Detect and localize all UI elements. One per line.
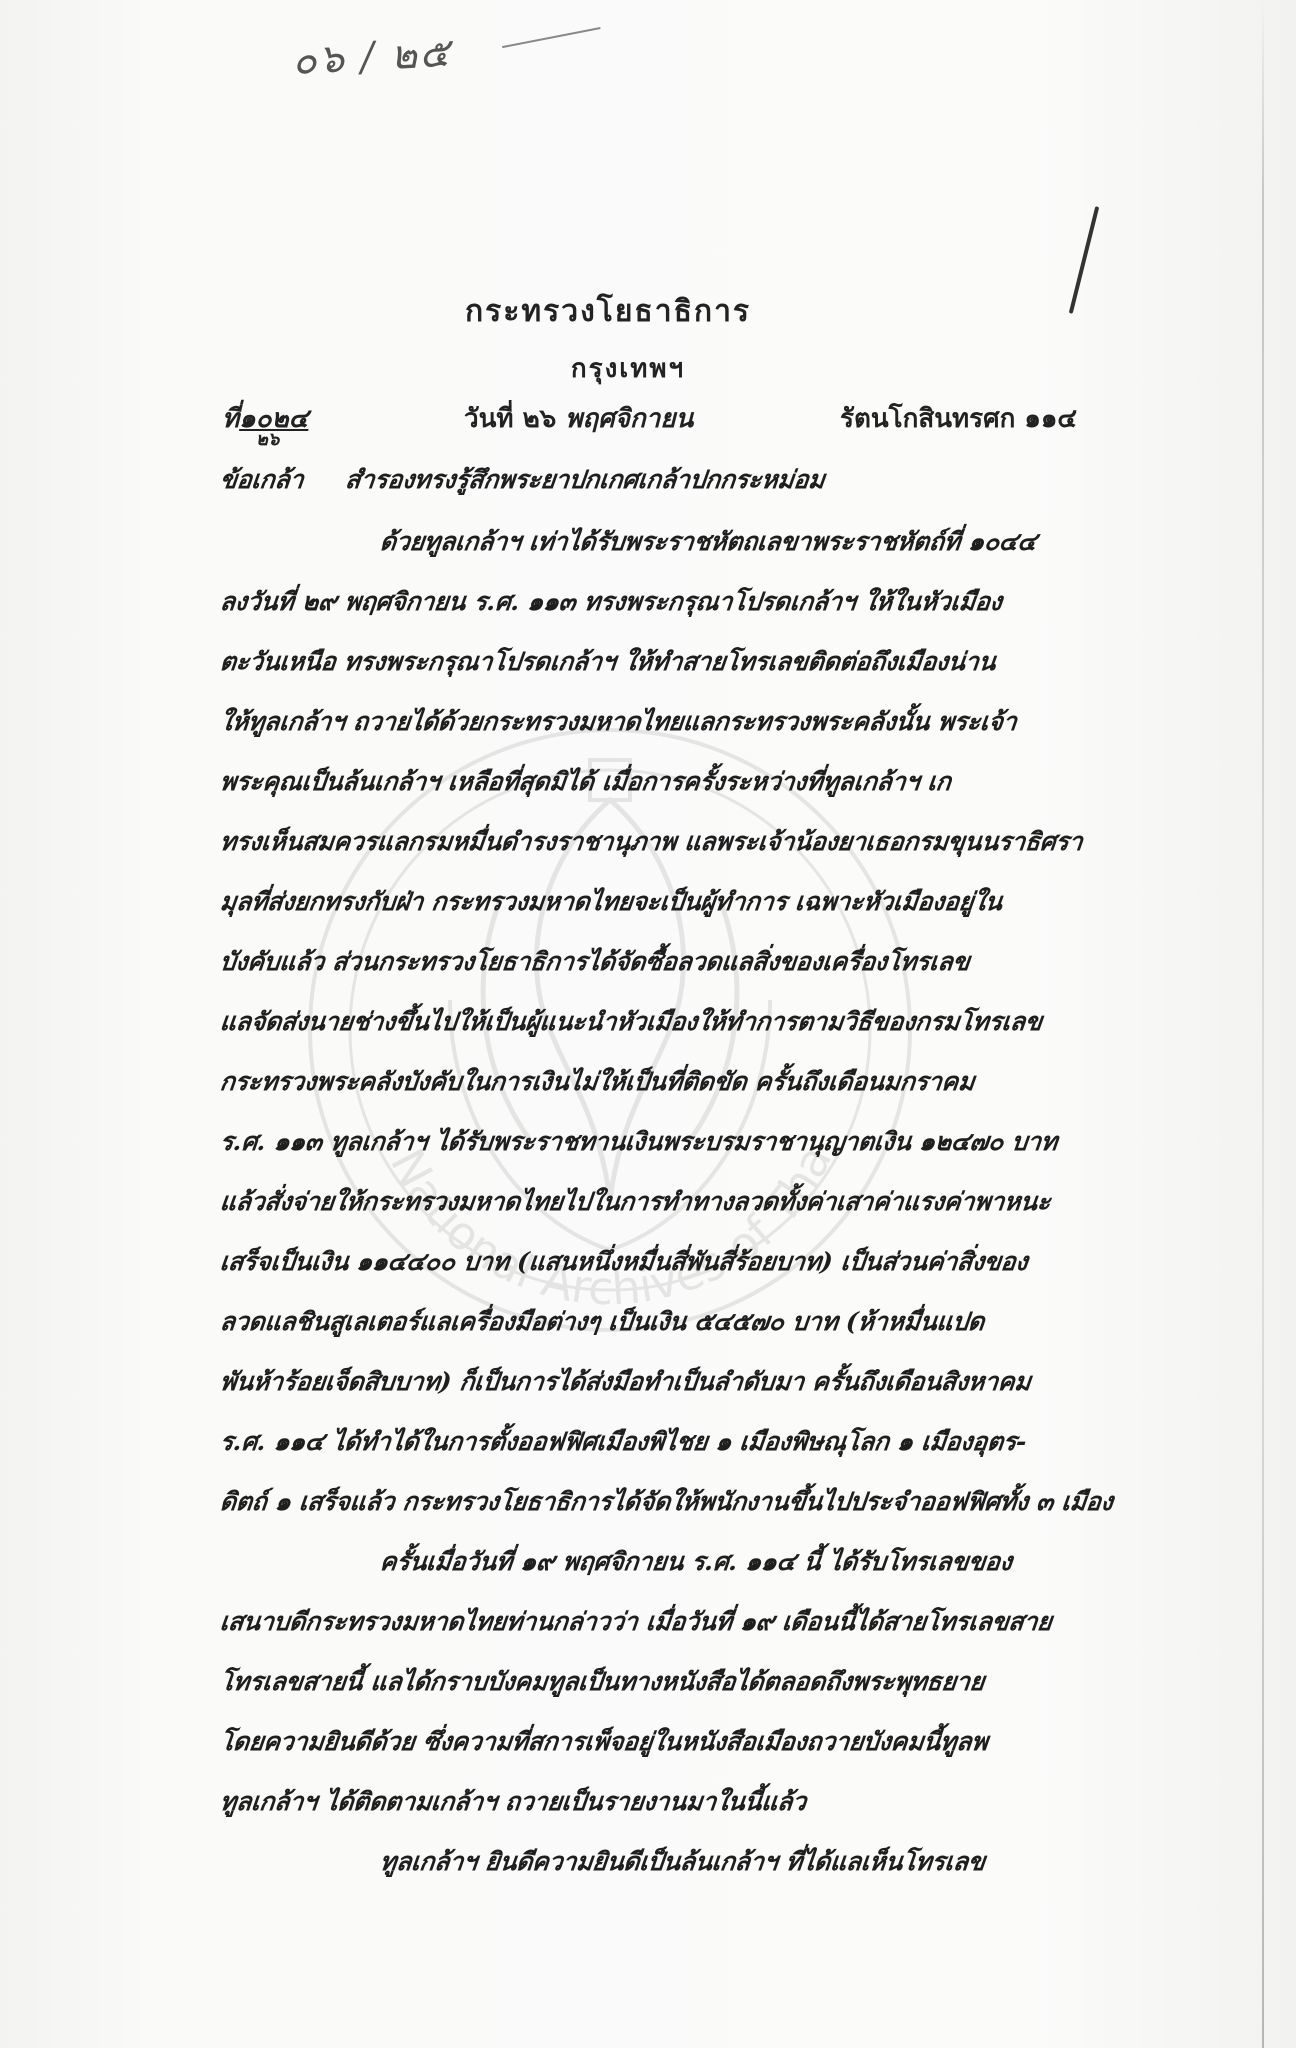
subject-line: ข้อเกล้า สำรองทรงรู้สึกพระยาปกเกศเกล้าปก… (218, 460, 827, 500)
body-line: ทูลเกล้าฯ ยินดีความยินดีเป็นล้นเกล้าฯ ที… (378, 1842, 987, 1882)
date-day: ๒๖ (523, 404, 557, 434)
date-month: พฤศจิกายน (565, 404, 693, 434)
document-page: National Archives of Thailand ๐๖ / ๒๕ กร… (0, 0, 1296, 2048)
page-edge-shadow (1262, 0, 1264, 2048)
body-line: ตะวันเหนือ ทรงพระกรุณาโปรดเกล้าฯ ให้ทำสา… (218, 642, 998, 682)
subject-label: ข้อเกล้า (219, 465, 305, 494)
body-line: ให้ทูลเกล้าฯ ถวายได้ด้วยกระทรวงมหาดไทยแล… (218, 702, 1019, 742)
letter-date: วันที่ ๒๖ พฤศจิกายน (464, 398, 693, 439)
body-line: กระทรวงพระคลังบังคับในการเงินไม่ให้เป็นท… (218, 1062, 976, 1102)
reference-label: ที่ (222, 404, 239, 434)
body-line: ดิตถ์ ๑ เสร็จแล้ว กระทรวงโยธาธิการได้จัด… (218, 1482, 1115, 1522)
body-line: เสร็จเป็นเงิน ๑๑๔๔๐๐ บาท (แสนหนึ่งหมื่นส… (218, 1242, 1030, 1282)
body-line: ร.ศ. ๑๑๔ ได้ทำได้ในการตั้งออฟฟิศเมืองพิไ… (218, 1422, 1028, 1462)
letterhead-ministry: กระทรวงโยธาธิการ (0, 288, 1256, 335)
body-line: ทรงเห็นสมควรแลกรมหมื่นดำรงราชานุภาพ แลพร… (218, 822, 1085, 862)
body-line: ร.ศ. ๑๑๓ ทูลเกล้าฯ ได้รับพระราชทานเงินพร… (218, 1122, 1059, 1162)
body-line: ลงวันที่ ๒๙ พฤศจิกายน ร.ศ. ๑๑๓ ทรงพระกรุ… (218, 582, 1004, 622)
body-line: โทรเลขสายนี้ แลได้กราบบังคมทูลเป็นทางหนั… (218, 1662, 986, 1702)
reference-number: ที่๑๐๒๔ ๒๖ (222, 398, 308, 439)
body-line: พระคุณเป็นล้นเกล้าฯ เหลือที่สุดมิได้ เมื… (218, 762, 953, 802)
era-year: ๑๑๔ (1024, 404, 1077, 434)
body-line: โดยความยินดีด้วย ซึ่งความที่สการเพ็จอยู่… (218, 1722, 990, 1762)
body-line: แลจัดส่งนายช่างขึ้นไปให้เป็นผู้แนะนำหัวเ… (218, 1002, 1044, 1042)
subject-text: สำรองทรงรู้สึกพระยาปกเกศเกล้าปกกระหม่อม (344, 465, 826, 494)
body-line: ด้วยทูลเกล้าฯ เท่าได้รับพระราชหัตถเลขาพร… (378, 522, 1038, 562)
body-line: มุลที่ส่งยกทรงกับฝ่า กระทรวงมหาดไทยจะเป็… (218, 882, 1004, 922)
body-line: เสนาบดีกระทรวงมหาดไทยท่านกล่าวว่า เมื่อว… (218, 1602, 1054, 1642)
archive-reference-number: ๐๖ / ๒๕ (290, 20, 452, 92)
era-label: รัตนโกสินทรศก (840, 404, 1015, 434)
body-line: บังคับแล้ว ส่วนกระทรวงโยธาธิการได้จัดซื้… (218, 942, 972, 982)
body-line: ครั้นเมื่อวันที่ ๑๙ พฤศจิกายน ร.ศ. ๑๑๔ น… (378, 1542, 1014, 1582)
body-line: ทูลเกล้าฯ ได้ติดตามเกล้าฯ ถวายเป็นรายงาน… (218, 1782, 808, 1822)
letterhead-city: กรุงเทพฯ (0, 348, 1276, 389)
date-label: วันที่ (464, 404, 514, 434)
reference-sub-number: ๒๖ (256, 424, 279, 453)
body-line: แล้วสั่งจ่ายให้กระทรวงมหาดไทยไปในการทำทา… (218, 1182, 1052, 1222)
body-line: พันห้าร้อยเจ็ดสิบบาท) ก็เป็นการได้ส่งมือ… (218, 1362, 1033, 1402)
body-line: ลวดแลชินสูเลเตอร์แลเครื่องมือต่างๆ เป็นเ… (218, 1302, 986, 1342)
letter-era-year: รัตนโกสินทรศก ๑๑๔ (840, 398, 1077, 439)
